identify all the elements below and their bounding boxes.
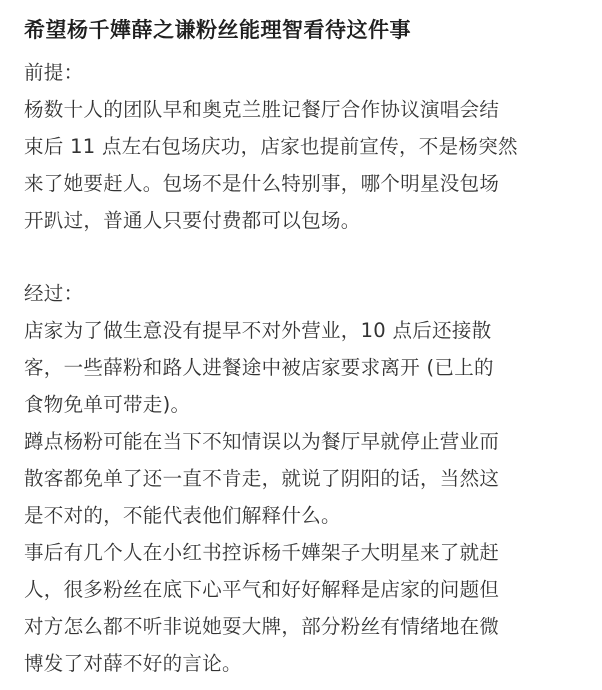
paragraph-line: 开趴过，普通人只要付费都可以包场。 xyxy=(24,202,578,239)
paragraph-line: 杨数十人的团队早和奥克兰胜记餐厅合作协议演唱会结 xyxy=(24,91,578,128)
paragraph-line: 人，很多粉丝在底下心平气和好好解释是店家的问题但 xyxy=(24,571,578,608)
post-body: 希望杨千嬅薛之谦粉丝能理智看待这件事 前提： 杨数十人的团队早和奥克兰胜记餐厅合… xyxy=(0,0,602,682)
paragraph-line: 客，一些薛粉和路人进餐途中被店家要求离开 (已上的 xyxy=(24,349,578,386)
section-premise: 前提： 杨数十人的团队早和奥克兰胜记餐厅合作协议演唱会结 束后 11 点左右包场… xyxy=(24,54,578,239)
paragraph-line: 事后有几个人在小红书控诉杨千嬅架子大明星来了就赶 xyxy=(24,534,578,571)
paragraph-line: 店家为了做生意没有提早不对外营业，10 点后还接散 xyxy=(24,312,578,349)
paragraph-line: 束后 11 点左右包场庆功，店家也提前宣传，不是杨突然 xyxy=(24,128,578,165)
paragraph-line: 散客都免单了还一直不肯走，就说了阴阳的话，当然这 xyxy=(24,460,578,497)
post-title: 希望杨千嬅薛之谦粉丝能理智看待这件事 xyxy=(24,12,578,48)
section-process: 经过： 店家为了做生意没有提早不对外营业，10 点后还接散 客，一些薛粉和路人进… xyxy=(24,275,578,682)
paragraph-line: 来了她要赶人。包场不是什么特别事，哪个明星没包场 xyxy=(24,165,578,202)
paragraph-line: 是不对的，不能代表他们解释什么。 xyxy=(24,497,578,534)
paragraph-line: 食物免单可带走)。 xyxy=(24,386,578,423)
section-heading: 前提： xyxy=(24,54,578,91)
section-heading: 经过： xyxy=(24,275,578,312)
paragraph-line: 对方怎么都不听非说她耍大牌，部分粉丝有情绪地在微 xyxy=(24,608,578,645)
paragraph-line: 蹲点杨粉可能在当下不知情误以为餐厅早就停止营业而 xyxy=(24,423,578,460)
paragraph-line: 博发了对薛不好的言论。 xyxy=(24,645,578,682)
